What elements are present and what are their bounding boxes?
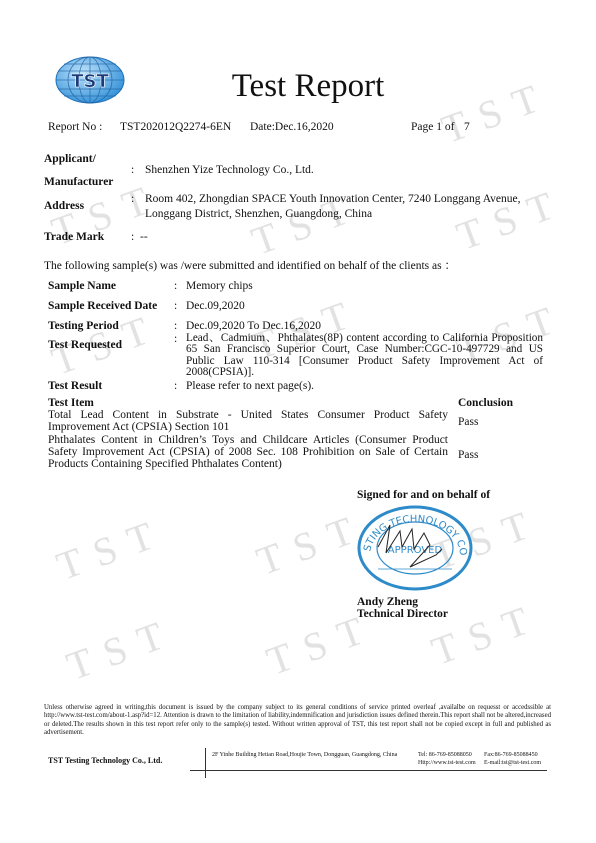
manufacturer-label: Manufacturer [44, 176, 113, 188]
colon: : [174, 300, 177, 312]
testing-period-value: Dec.09,2020 To Dec.16,2020 [186, 320, 321, 332]
conclusion-row-2: Pass [458, 449, 478, 461]
address-line-1: Room 402, Zhongdian SPACE Youth Innovati… [145, 193, 521, 205]
test-item-header: Test Item [48, 397, 94, 409]
trademark-label: Trade Mark [44, 231, 104, 243]
report-no: TST202012Q2274-6EN [120, 121, 231, 133]
applicant-label: Applicant/ [44, 153, 96, 165]
footer-rule [190, 770, 547, 771]
footer-web[interactable]: Http://www.tst-test.com [418, 760, 476, 768]
signed-heading: Signed for and on behalf of [357, 489, 490, 501]
watermark: TST [425, 592, 547, 675]
colon: : [174, 320, 177, 332]
address-label: Address [44, 200, 84, 212]
watermark: TST [50, 507, 172, 590]
colon: : [131, 231, 134, 243]
trademark-value: -- [140, 231, 148, 243]
page-label: Page 1 of [411, 121, 454, 133]
sample-name-label: Sample Name [48, 280, 116, 292]
sample-name-value: Memory chips [186, 280, 253, 292]
report-date: Date:Dec.16,2020 [250, 121, 334, 133]
page-total: 7 [464, 121, 470, 133]
address-line-2: Longgang District, Shenzhen, Guangdong, … [145, 208, 372, 220]
colon: : [174, 333, 177, 345]
colon: : [174, 280, 177, 292]
page-title: Test Report [0, 68, 596, 105]
conclusion-row-1: Pass [458, 416, 478, 428]
watermark: TST [250, 502, 372, 585]
footer-email[interactable]: E-mail:tst@tst-test.com [484, 760, 541, 768]
test-item-row-2: Phthalates Content in Children’s Toys an… [48, 434, 448, 470]
watermark: TST [450, 177, 572, 260]
colon: : [131, 164, 134, 176]
footer-company: TST Testing Technology Co., Ltd. [48, 756, 162, 765]
conclusion-header: Conclusion [458, 397, 513, 409]
footer-fax: Fax:86-769-85088450 [484, 752, 538, 760]
testing-period-label: Testing Period [48, 320, 119, 332]
report-no-label: Report No : [48, 121, 102, 133]
signer-name: Andy Zheng [357, 596, 418, 608]
intro-text: The following sample(s) was /were submit… [44, 257, 456, 273]
test-requested-value: Lead、Cadmium、Phthalates(8P) content acco… [186, 333, 543, 378]
test-requested-label: Test Requested [48, 339, 122, 351]
sample-received-label: Sample Received Date [48, 300, 157, 312]
test-result-value: Please refer to next page(s). [186, 380, 314, 392]
approval-stamp: TST TESTING TECHNOLOGY CO., LTD. APPROVE… [356, 505, 474, 591]
applicant-value: Shenzhen Yize Technology Co., Ltd. [145, 164, 314, 176]
disclaimer: Unless otherwise agreed in writing,this … [44, 704, 551, 737]
colon: : [131, 193, 134, 205]
sample-received-value: Dec.09,2020 [186, 300, 245, 312]
footer-address: 2F Yinhe Building Hetian Road,Houjie Tow… [212, 752, 397, 760]
test-item-row-1: Total Lead Content in Substrate - United… [48, 409, 448, 433]
colon: : [174, 380, 177, 392]
footer-tel: Tel: 86-769-85088050 [418, 752, 472, 760]
watermark: TST [60, 607, 182, 690]
test-result-label: Test Result [48, 380, 102, 392]
signer-title: Technical Director [357, 608, 448, 620]
footer-divider [205, 748, 206, 778]
